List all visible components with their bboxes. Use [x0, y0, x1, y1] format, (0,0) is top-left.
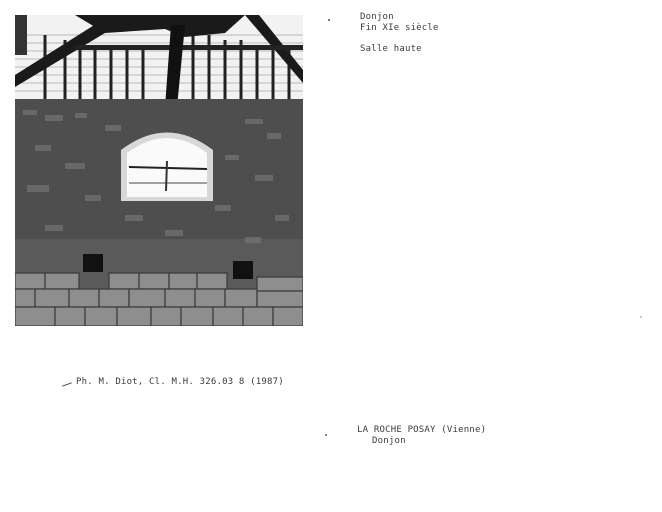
- location-place: LA ROCHE POSAY (Vienne): [357, 425, 486, 436]
- photo-credit: Ph. M. Diot, Cl. M.H. 326.03 8 (1987): [76, 377, 284, 388]
- donjon-photo: [15, 15, 303, 326]
- photograph: [15, 15, 303, 326]
- location-building: Donjon: [372, 436, 406, 447]
- caption-date: Fin XIe siècle: [360, 23, 439, 34]
- bullet-marker-bottom: [325, 434, 327, 436]
- pen-mark: [62, 382, 72, 386]
- bullet-marker: [328, 19, 330, 21]
- speck: [640, 316, 642, 318]
- caption-title: Donjon: [360, 12, 394, 23]
- caption-room: Salle haute: [360, 44, 422, 55]
